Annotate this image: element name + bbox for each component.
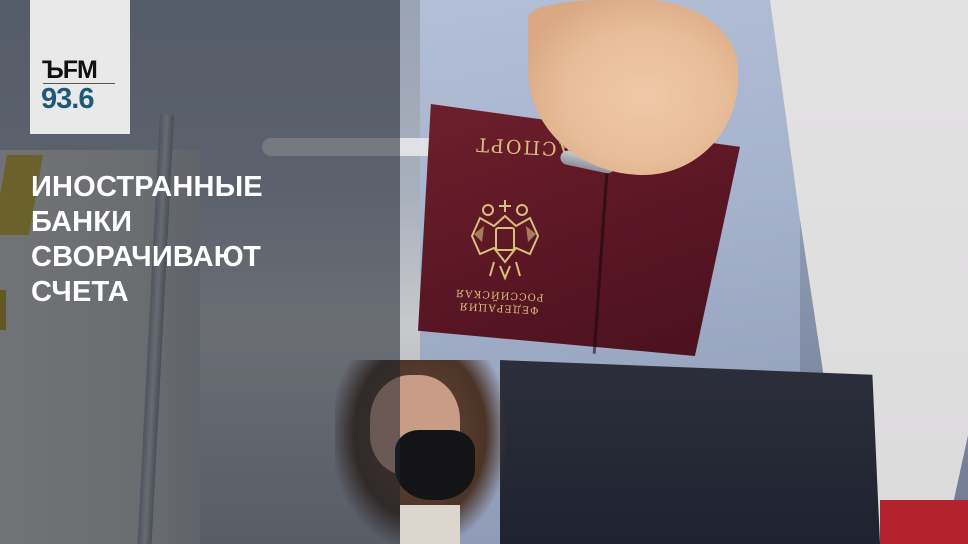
news-card: ПАСПОРТ ФЕДЕРАЦИЯ РОССИЙСКАЯ ЪFM	[0, 0, 968, 544]
headline-line: ИНОСТРАННЫЕ	[31, 170, 371, 205]
headline-line: СЧЕТА	[31, 275, 371, 310]
headline-line: БАНКИ	[31, 205, 371, 240]
station-logo: ЪFM 93.6	[30, 0, 130, 134]
photo-dark-ballot-box	[500, 360, 880, 544]
headline-line: СВОРАЧИВАЮТ	[31, 240, 371, 275]
photo-red-strip	[880, 500, 968, 544]
logo-brand: ЪFM	[42, 58, 97, 82]
photo-collar	[400, 505, 460, 544]
headline: ИНОСТРАННЫЕ БАНКИ СВОРАЧИВАЮТ СЧЕТА	[31, 170, 371, 310]
logo-frequency: 93.6	[41, 84, 93, 114]
photo-face-mask	[395, 430, 475, 500]
double-headed-eagle-icon	[464, 196, 546, 282]
